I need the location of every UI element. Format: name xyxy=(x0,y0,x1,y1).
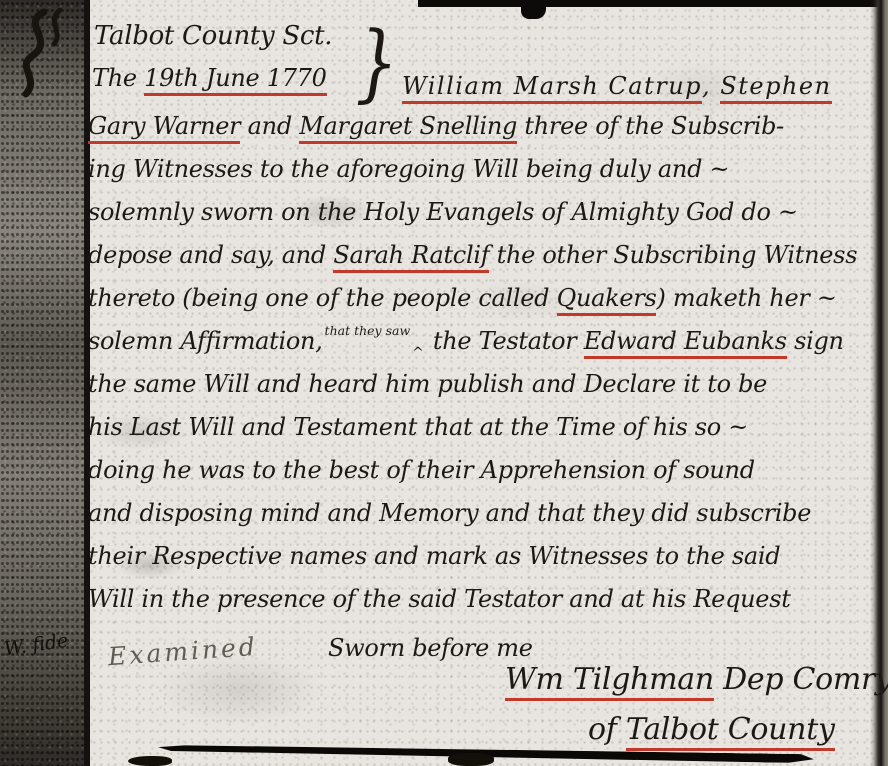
ink-flourish-icon xyxy=(6,6,76,101)
text-segment: the Testator xyxy=(426,327,584,355)
transcript-line-line2r: William Marsh Catrup, Stephen xyxy=(402,70,832,102)
underlined-text: Margaret Snelling xyxy=(299,112,517,144)
transcript-line-body: depose and say, and Sarah Ratclif the ot… xyxy=(88,239,857,271)
underlined-text: Gary Warner xyxy=(88,112,240,144)
transcript-line-body: their Respective names and mark as Witne… xyxy=(88,540,780,572)
text-segment: three of the Subscrib- xyxy=(517,112,784,140)
transcript-line-sig1: Wm Tilghman Dep Comry xyxy=(505,660,888,700)
text-segment: of xyxy=(588,712,626,747)
text-segment: Talbot County Sct. xyxy=(94,21,332,51)
ink-blot xyxy=(128,756,172,766)
text-segment: the same Will and heard him publish and … xyxy=(88,370,767,398)
transcript-line-date: The 19th June 1770 xyxy=(92,62,327,94)
transcript-line-sworn: Sworn before me xyxy=(328,632,533,664)
text-segment: thereto (being one of the people called xyxy=(88,284,557,312)
transcript-line-body: thereto (being one of the people called … xyxy=(88,282,837,314)
transcript-line-body: solemnly sworn on the Holy Evangels of A… xyxy=(88,196,798,228)
text-segment: and xyxy=(240,112,299,140)
text-segment: ing Witnesses to the aforegoing Will bei… xyxy=(88,155,729,183)
underlined-text: Wm Tilghman xyxy=(505,662,714,701)
text-segment: the other Subscribing Witness xyxy=(489,241,857,269)
underlined-text: Edward Eubanks xyxy=(584,327,787,359)
text-segment: his Last Will and Testament that at the … xyxy=(88,413,748,441)
transcript-line-body: Will in the presence of the said Testato… xyxy=(88,583,791,615)
text-segment: sign xyxy=(787,327,844,355)
text-segment: and disposing mind and Memory and that t… xyxy=(88,499,811,527)
underlined-text: Talbot County xyxy=(626,712,835,751)
grouping-brace: } xyxy=(355,20,398,104)
transcript-line-body: ing Witnesses to the aforegoing Will bei… xyxy=(88,153,729,185)
transcript-line-body: Gary Warner and Margaret Snelling three … xyxy=(88,110,784,142)
text-segment: solemn Affirmation, xyxy=(88,327,323,355)
document-page: Talbot County Sct.The 19th June 1770Will… xyxy=(0,0,888,766)
transcript-line-body: doing he was to the best of their Appreh… xyxy=(88,454,755,486)
text-segment: solemnly sworn on the Holy Evangels of A… xyxy=(88,198,798,226)
transcript-line-body: solemn Affirmation,that they saw^ the Te… xyxy=(88,325,844,369)
text-segment: doing he was to the best of their Appreh… xyxy=(88,456,755,484)
underlined-text: Sarah Ratclif xyxy=(333,241,489,273)
text-segment: their Respective names and mark as Witne… xyxy=(88,542,780,570)
transcript-line-body: and disposing mind and Memory and that t… xyxy=(88,497,811,529)
text-segment: Will in the presence of the said Testato… xyxy=(88,585,791,613)
underlined-text: William Marsh Catrup xyxy=(402,72,702,104)
scan-top-edge xyxy=(418,0,888,7)
ink-blot xyxy=(448,753,494,766)
text-segment: depose and say, and xyxy=(88,241,333,269)
examined-note: Examined xyxy=(107,633,258,671)
text-segment: Sworn before me xyxy=(328,634,533,662)
text-segment: , xyxy=(702,72,720,100)
transcript-line-body: his Last Will and Testament that at the … xyxy=(88,411,748,443)
transcript-line-body: the same Will and heard him publish and … xyxy=(88,368,767,400)
text-segment: The xyxy=(92,64,144,92)
underlined-text: Quakers xyxy=(557,284,657,316)
transcript-line-sig2: of Talbot County xyxy=(588,710,835,750)
interlined-insertion: that they saw xyxy=(325,323,411,338)
text-segment: ^ xyxy=(412,345,423,361)
transcript-line-heading: Talbot County Sct. xyxy=(94,20,332,52)
underlined-text: Stephen xyxy=(720,72,831,104)
scan-top-blot xyxy=(521,0,546,19)
underlined-text: 19th June 1770 xyxy=(144,64,327,96)
text-segment: ) maketh her ~ xyxy=(656,284,836,312)
text-segment: Dep Comry xyxy=(714,662,888,697)
scan-right-edge xyxy=(870,0,888,766)
